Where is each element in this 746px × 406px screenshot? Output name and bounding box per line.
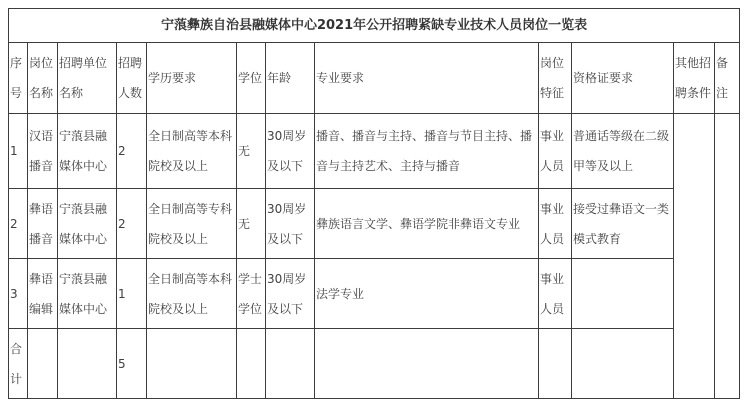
cell-employer-name: [58, 329, 117, 399]
header-remark: 备注: [715, 43, 740, 114]
table-row: 3 彝语编辑 宁蒗县融媒体中心 1 全日制高等本科院校及以上 学士学位 30周岁…: [9, 259, 740, 329]
cell-serial: 1: [9, 114, 28, 189]
header-major-requirement: 专业要求: [315, 43, 539, 114]
cell-employer-name: 宁蒗县融媒体中心: [58, 114, 117, 189]
cell-serial: 2: [9, 189, 28, 259]
header-other-conditions: 其他招聘条件: [674, 43, 715, 114]
cell-employer-name: 宁蒗县融媒体中心: [58, 189, 117, 259]
cell-total-label: 合计: [9, 329, 28, 399]
page: 宁蒗彝族自治县融媒体中心2021年公开招聘紧缺专业技术人员岗位一览表 序号 岗位…: [0, 0, 746, 406]
cell-position-type: [539, 329, 572, 399]
cell-serial: 3: [9, 259, 28, 329]
cell-position-name: 彝语播音: [28, 189, 58, 259]
cell-headcount: 2: [117, 114, 147, 189]
table-title: 宁蒗彝族自治县融媒体中心2021年公开招聘紧缺专业技术人员岗位一览表: [9, 9, 740, 43]
cell-age: 30周岁及以下: [266, 259, 315, 329]
cell-headcount: 1: [117, 259, 147, 329]
cell-major-requirement: 播音、播音与主持、播音与节目主持、播音与主持艺术、主持与播音: [315, 114, 539, 189]
cell-degree: 学士学位: [237, 259, 266, 329]
cell-certificate-requirement: 普通话等级在二级甲等及以上: [572, 114, 674, 189]
total-row: 合计 5: [9, 329, 740, 399]
cell-total-headcount: 5: [117, 329, 147, 399]
cell-certificate-requirement: [572, 329, 674, 399]
cell-position-name: [28, 329, 58, 399]
title-row: 宁蒗彝族自治县融媒体中心2021年公开招聘紧缺专业技术人员岗位一览表: [9, 9, 740, 43]
cell-position-name: 汉语播音: [28, 114, 58, 189]
cell-age: [266, 329, 315, 399]
header-age: 年龄: [266, 43, 315, 114]
header-headcount: 招聘人数: [117, 43, 147, 114]
header-position-name: 岗位名称: [28, 43, 58, 114]
cell-other-conditions-merged: [674, 114, 715, 399]
cell-employer-name: 宁蒗县融媒体中心: [58, 259, 117, 329]
cell-education-requirement: 全日制高等本科院校及以上: [147, 259, 237, 329]
cell-degree: 无: [237, 189, 266, 259]
header-position-type: 岗位特征: [539, 43, 572, 114]
cell-age: 30周岁及以下: [266, 189, 315, 259]
header-education-requirement: 学历要求: [147, 43, 237, 114]
cell-degree: 无: [237, 114, 266, 189]
cell-remark-merged: [715, 114, 740, 399]
header-certificate-requirement: 资格证要求: [572, 43, 674, 114]
header-degree: 学位: [237, 43, 266, 114]
cell-position-type: 事业人员: [539, 259, 572, 329]
header-serial-number: 序号: [9, 43, 28, 114]
header-row: 序号 岗位名称 招聘单位名称 招聘人数 学历要求 学位 年龄 专业要求 岗位特征…: [9, 43, 740, 114]
cell-major-requirement: 法学专业: [315, 259, 539, 329]
cell-position-name: 彝语编辑: [28, 259, 58, 329]
cell-education-requirement: 全日制高等本科院校及以上: [147, 114, 237, 189]
header-employer-name: 招聘单位名称: [58, 43, 117, 114]
recruitment-positions-table: 宁蒗彝族自治县融媒体中心2021年公开招聘紧缺专业技术人员岗位一览表 序号 岗位…: [8, 8, 740, 399]
cell-education-requirement: [147, 329, 237, 399]
cell-position-type: 事业人员: [539, 114, 572, 189]
table-row: 2 彝语播音 宁蒗县融媒体中心 2 全日制高等专科院校及以上 无 30周岁及以下…: [9, 189, 740, 259]
cell-age: 30周岁及以下: [266, 114, 315, 189]
cell-major-requirement: [315, 329, 539, 399]
cell-education-requirement: 全日制高等专科院校及以上: [147, 189, 237, 259]
cell-certificate-requirement: 接受过彝语文一类模式教育: [572, 189, 674, 259]
cell-major-requirement: 彝族语言文学、彝语学院非彝语文专业: [315, 189, 539, 259]
cell-degree: [237, 329, 266, 399]
cell-position-type: 事业人员: [539, 189, 572, 259]
cell-certificate-requirement: [572, 259, 674, 329]
cell-headcount: 2: [117, 189, 147, 259]
table-row: 1 汉语播音 宁蒗县融媒体中心 2 全日制高等本科院校及以上 无 30周岁及以下…: [9, 114, 740, 189]
